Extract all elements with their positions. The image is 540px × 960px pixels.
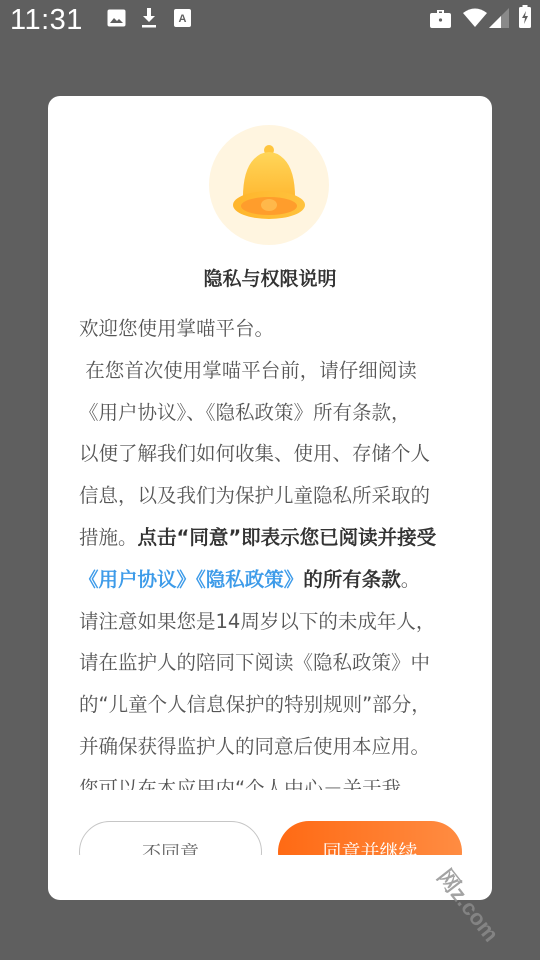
body-text: 以便了解我们如何收集、使用、存储个人	[79, 442, 430, 465]
body-text: 信息，以及我们为保护儿童隐私所采取的	[79, 484, 430, 507]
body-line-2: 在您首次使用掌喵平台前，请仔细阅读	[79, 350, 469, 392]
body-text: 在您首次使用掌喵平台前，请仔细阅读	[79, 359, 417, 382]
body-text: 并确保获得监护人的同意后使用本应用。	[79, 735, 430, 758]
privacy-policy-link[interactable]: 《隐私政策》	[196, 568, 303, 591]
body-line-3: 《用户协议》、《隐私政策》所有条款，	[79, 392, 469, 434]
signal-icon	[489, 8, 509, 32]
body-line-8: 请注意如果您是14周岁以下的未成年人，	[79, 601, 469, 643]
dialog-body[interactable]: 欢迎您使用掌喵平台。 在您首次使用掌喵平台前，请仔细阅读 《用户协议》、《隐私政…	[79, 308, 469, 790]
body-line-12: 您可以在本应用内“个人中心－关于我	[79, 768, 469, 790]
bell-badge	[209, 125, 329, 245]
consent-statement: 点击“同意”即表示您已阅读并接受	[138, 526, 437, 549]
body-line-9: 请在监护人的陪同下阅读《隐私政策》中	[79, 642, 469, 684]
status-bar: 11:31 A	[0, 0, 540, 44]
agree-continue-button[interactable]: 同意并继续	[278, 821, 462, 855]
font-download-icon: A	[174, 9, 191, 31]
battery-charging-icon	[519, 5, 531, 32]
body-text: 的“儿童个人信息保护的特别规则”部分，	[79, 693, 431, 716]
svg-text:A: A	[179, 13, 187, 25]
body-line-11: 并确保获得监护人的同意后使用本应用。	[79, 726, 469, 768]
user-agreement-link[interactable]: 《用户协议》	[79, 568, 196, 591]
body-line-10: 的“儿童个人信息保护的特别规则”部分，	[79, 684, 469, 726]
body-text: 请注意如果您是14周岁以下的未成年人，	[79, 610, 435, 633]
disagree-button[interactable]: 不同意	[79, 821, 262, 855]
download-icon	[140, 8, 158, 32]
privacy-dialog: 隐私与权限说明 欢迎您使用掌喵平台。 在您首次使用掌喵平台前，请仔细阅读 《用户…	[48, 96, 492, 900]
body-text: 请在监护人的陪同下阅读《隐私政策》中	[79, 651, 430, 674]
body-text: 欢迎您使用掌喵平台。	[79, 317, 274, 340]
image-icon	[107, 9, 126, 31]
bell-icon	[209, 125, 329, 245]
briefcase-icon	[430, 9, 451, 32]
body-line-5: 信息，以及我们为保护儿童隐私所采取的	[79, 475, 469, 517]
dialog-title: 隐私与权限说明	[48, 264, 492, 291]
body-text: 您可以在本应用内“个人中心－关于我	[79, 777, 401, 790]
body-text: 措施。	[79, 526, 138, 549]
status-time: 11:31	[10, 4, 83, 37]
body-line-6: 措施。点击“同意”即表示您已阅读并接受	[79, 517, 469, 559]
body-text: 。	[401, 568, 421, 591]
body-text: 《用户协议》、《隐私政策》所有条款，	[79, 401, 411, 424]
body-line-7: 《用户协议》《隐私政策》的所有条款。	[79, 559, 469, 601]
dialog-actions: 不同意 同意并继续	[48, 820, 492, 855]
consent-statement-end: 的所有条款	[303, 568, 401, 591]
wifi-icon	[463, 8, 487, 32]
body-line-4: 以便了解我们如何收集、使用、存储个人	[79, 433, 469, 475]
body-line-1: 欢迎您使用掌喵平台。	[79, 308, 469, 350]
